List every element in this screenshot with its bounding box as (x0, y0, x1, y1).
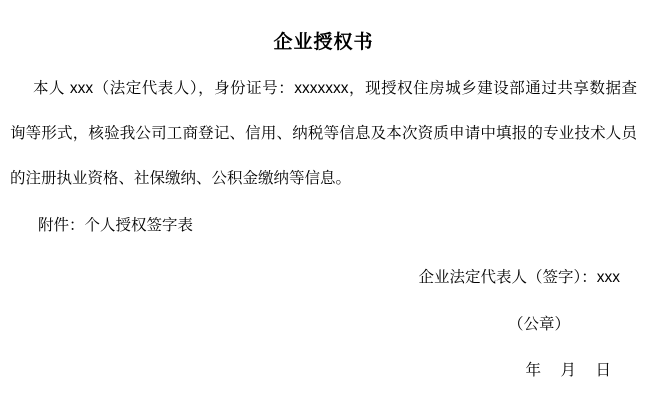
attachment-note: 附件：个人授权签字表 (10, 203, 193, 248)
body-paragraph: 本人 xxx（法定代表人），身份证号：xxxxxxx，现授权住房城乡建设部通过共… (10, 66, 637, 201)
legal-representative-signature-line: 企业法定代表人（签字）：xxx (418, 255, 620, 300)
document-title: 企业授权书 (0, 30, 647, 56)
authorization-letter-page: 企业授权书 本人 xxx（法定代表人），身份证号：xxxxxxx，现授权住房城乡… (0, 0, 647, 395)
company-seal-line: （公章） (508, 302, 570, 347)
date-line: 年 月 日 (525, 348, 613, 393)
paragraph-line-3: 的注册执业资格、社保缴纳、公积金缴纳等信息。 (10, 156, 637, 201)
paragraph-line-1: 本人 xxx（法定代表人），身份证号：xxxxxxx，现授权住房城乡建设部通过共… (10, 66, 637, 111)
paragraph-line-2: 询等形式，核验我公司工商登记、信用、纳税等信息及本次资质申请中填报的专业技术人员 (10, 111, 637, 156)
